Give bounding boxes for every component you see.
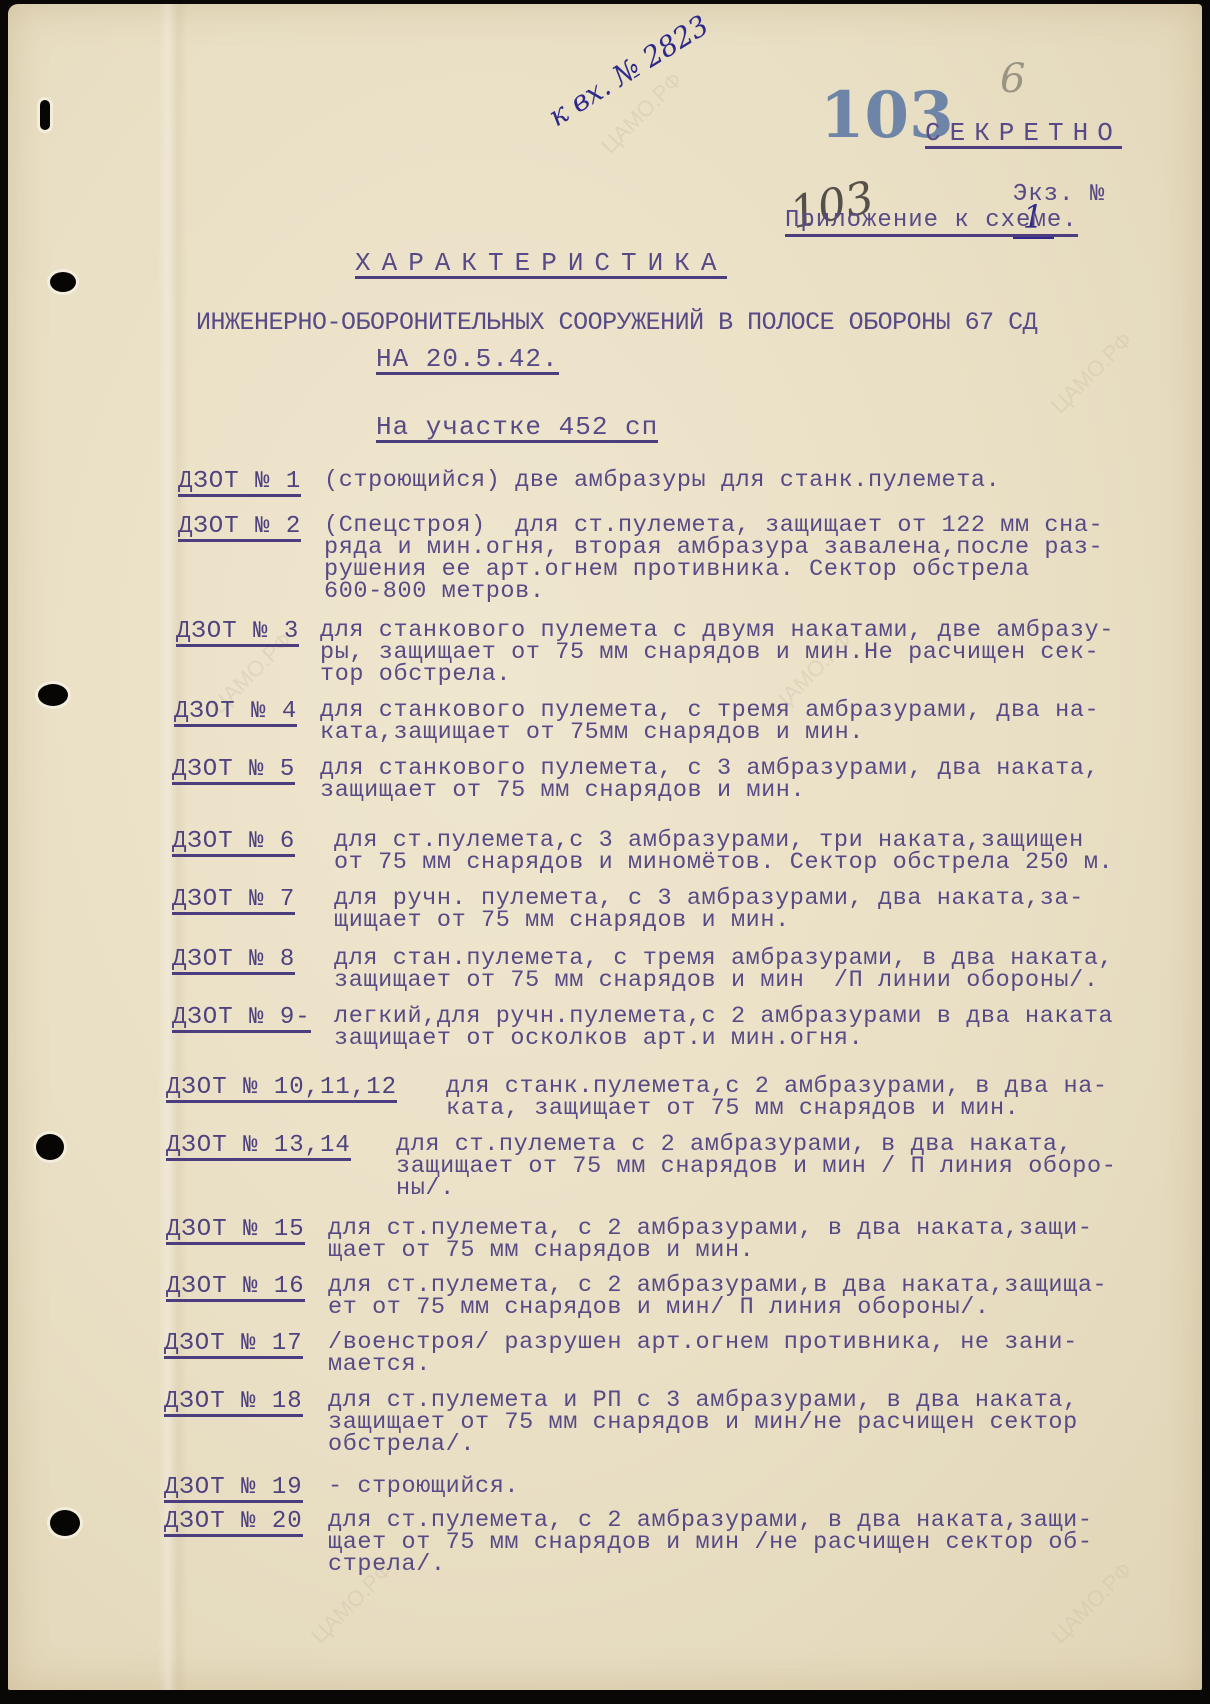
binder-hole bbox=[36, 1134, 64, 1160]
entry-label: ДЗОТ № 10,11,12 bbox=[166, 1076, 397, 1103]
entry-description: для ст.пулемета, с 2 амбразурами,в два н… bbox=[328, 1275, 1107, 1319]
entry-label: ДЗОТ № 3 bbox=[176, 620, 299, 647]
entry-label: ДЗОТ № 5 bbox=[172, 758, 295, 785]
entry-description: для ст.пулемета,с 3 амбразурами, три нак… bbox=[334, 830, 1113, 874]
binder-hole bbox=[50, 1510, 80, 1536]
entry-description: для станкового пулемета с двумя накатами… bbox=[320, 620, 1114, 686]
entry-label: ДЗОТ № 18 bbox=[164, 1390, 303, 1417]
document-date: НА 20.5.42. bbox=[376, 348, 559, 375]
binder-hole bbox=[50, 272, 76, 292]
entry-description: для ст.пулемета и РП с 3 амбразурами, в … bbox=[328, 1390, 1078, 1456]
entry-label: ДЗОТ № 13,14 bbox=[166, 1134, 351, 1161]
entry-description: для ст.пулемета с 2 амбразурами, в два н… bbox=[396, 1134, 1116, 1200]
section-heading: На участке 452 сп bbox=[376, 416, 658, 443]
binder-hole bbox=[40, 100, 50, 130]
entry-description: (строющийся) две амбразуры для станк.пул… bbox=[324, 470, 1000, 492]
entry-label: ДЗОТ № 15 bbox=[166, 1218, 305, 1245]
entry-description: легкий,для ручн.пулемета,с 2 амбразурами… bbox=[334, 1006, 1113, 1050]
entry-label: ДЗОТ № 16 bbox=[166, 1275, 305, 1302]
classification-stamp: СЕКРЕТНО bbox=[925, 122, 1122, 149]
entry-label: ДЗОТ № 2 bbox=[178, 515, 301, 542]
entry-description: - строющийся. bbox=[328, 1476, 519, 1498]
entry-description: для станк.пулемета,с 2 амбразурами, в дв… bbox=[446, 1076, 1108, 1120]
entry-description: (Спецстроя) для ст.пулемета, защищает от… bbox=[324, 515, 1103, 603]
document-title: ХАРАКТЕРИСТИКА bbox=[355, 252, 727, 279]
entry-description: /военстроя/ разрушен арт.огнем противник… bbox=[328, 1332, 1078, 1376]
entry-label: ДЗОТ № 9- bbox=[172, 1006, 311, 1033]
entry-description: для станкового пулемета, с тремя амбразу… bbox=[320, 700, 1099, 744]
entry-label: ДЗОТ № 19 bbox=[164, 1476, 303, 1503]
entry-label: ДЗОТ № 6 bbox=[172, 830, 295, 857]
entry-label: ДЗОТ № 8 bbox=[172, 948, 295, 975]
entry-description: для ручн. пулемета, с 3 амбразурами, два… bbox=[334, 888, 1084, 932]
binder-hole bbox=[38, 684, 68, 706]
entry-description: для ст.пулемета, с 2 амбразурами, в два … bbox=[328, 1218, 1093, 1262]
entry-label: ДЗОТ № 17 bbox=[164, 1332, 303, 1359]
entry-label: ДЗОТ № 20 bbox=[164, 1510, 303, 1537]
pencil-mark-small: 6 bbox=[1000, 56, 1025, 102]
document-subtitle: ИНЖЕНЕРНО-ОБОРОНИТЕЛЬНЫХ СООРУЖЕНИЙ В ПО… bbox=[196, 312, 1037, 334]
entry-description: для ст.пулемета, с 2 амбразурами, в два … bbox=[328, 1510, 1093, 1576]
entry-description: для стан.пулемета, с тремя амбразурами, … bbox=[334, 948, 1113, 992]
entry-label: ДЗОТ № 4 bbox=[174, 700, 297, 727]
entry-label: ДЗОТ № 7 bbox=[172, 888, 295, 915]
entry-description: для станкового пулемета, с 3 амбразурами… bbox=[320, 758, 1099, 802]
entry-label: ДЗОТ № 1 bbox=[178, 470, 301, 497]
attachment-note: Приложение к схеме. bbox=[785, 210, 1078, 237]
